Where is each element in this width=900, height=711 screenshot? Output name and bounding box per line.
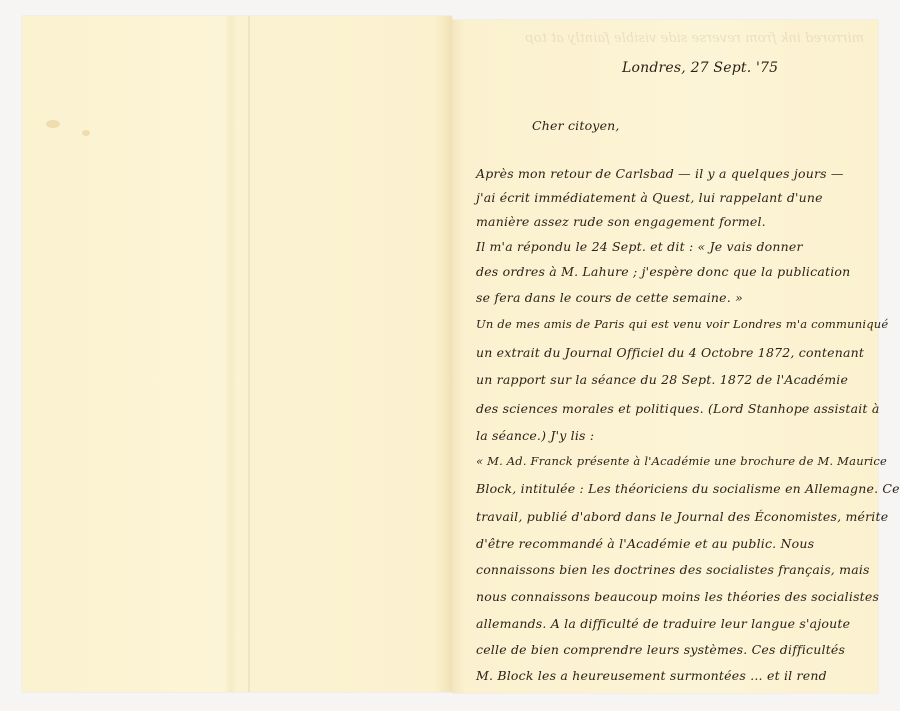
letter-line: travail, publié d'abord dans le Journal … — [476, 509, 888, 524]
letter-line: un rapport sur la séance du 28 Sept. 187… — [476, 372, 848, 387]
letter-line: j'ai écrit immédiatement à Quest, lui ra… — [476, 190, 823, 205]
letter-line: Block, intitulée : Les théoriciens du so… — [476, 481, 900, 496]
letter-line: des sciences morales et politiques. (Lor… — [476, 401, 879, 416]
letter-line: connaissons bien les doctrines des socia… — [476, 562, 870, 577]
letter-line: des ordres à M. Lahure ; j'espère donc q… — [476, 264, 850, 279]
letter-line: Après mon retour de Carlsbad — il y a qu… — [476, 166, 844, 181]
letter-line: allemands. A la difficulté de traduire l… — [476, 616, 850, 631]
letter-line: un extrait du Journal Officiel du 4 Octo… — [476, 345, 864, 360]
paper-stain — [46, 120, 60, 128]
paper-stain — [82, 130, 90, 136]
left-page — [22, 16, 452, 692]
letter-date: Londres, 27 Sept. '75 — [622, 60, 778, 76]
letter-line: Un de mes amis de Paris qui est venu voi… — [476, 317, 888, 331]
letter-salutation: Cher citoyen, — [532, 118, 620, 133]
bleed-through-text: mirrored ink from reverse side visible f… — [476, 28, 864, 50]
letter-line: se fera dans le cours de cette semaine. … — [476, 290, 743, 305]
letter-line: d'être recommandé à l'Académie et au pub… — [476, 536, 814, 551]
letter-line: nous connaissons beaucoup moins les théo… — [476, 589, 879, 604]
letter-line: la séance.) J'y lis : — [476, 428, 594, 443]
letter-line: manière assez rude son engagement formel… — [476, 214, 766, 229]
letter-line: « M. Ad. Franck présente à l'Académie un… — [476, 454, 887, 468]
letter-line: celle de bien comprendre leurs systèmes.… — [476, 642, 845, 657]
right-page: mirrored ink from reverse side visible f… — [452, 20, 878, 693]
fold-crease — [248, 16, 250, 692]
letter-line: Il m'a répondu le 24 Sept. et dit : « Je… — [476, 239, 803, 254]
letter-line: M. Block les a heureusement surmontées …… — [476, 668, 827, 683]
